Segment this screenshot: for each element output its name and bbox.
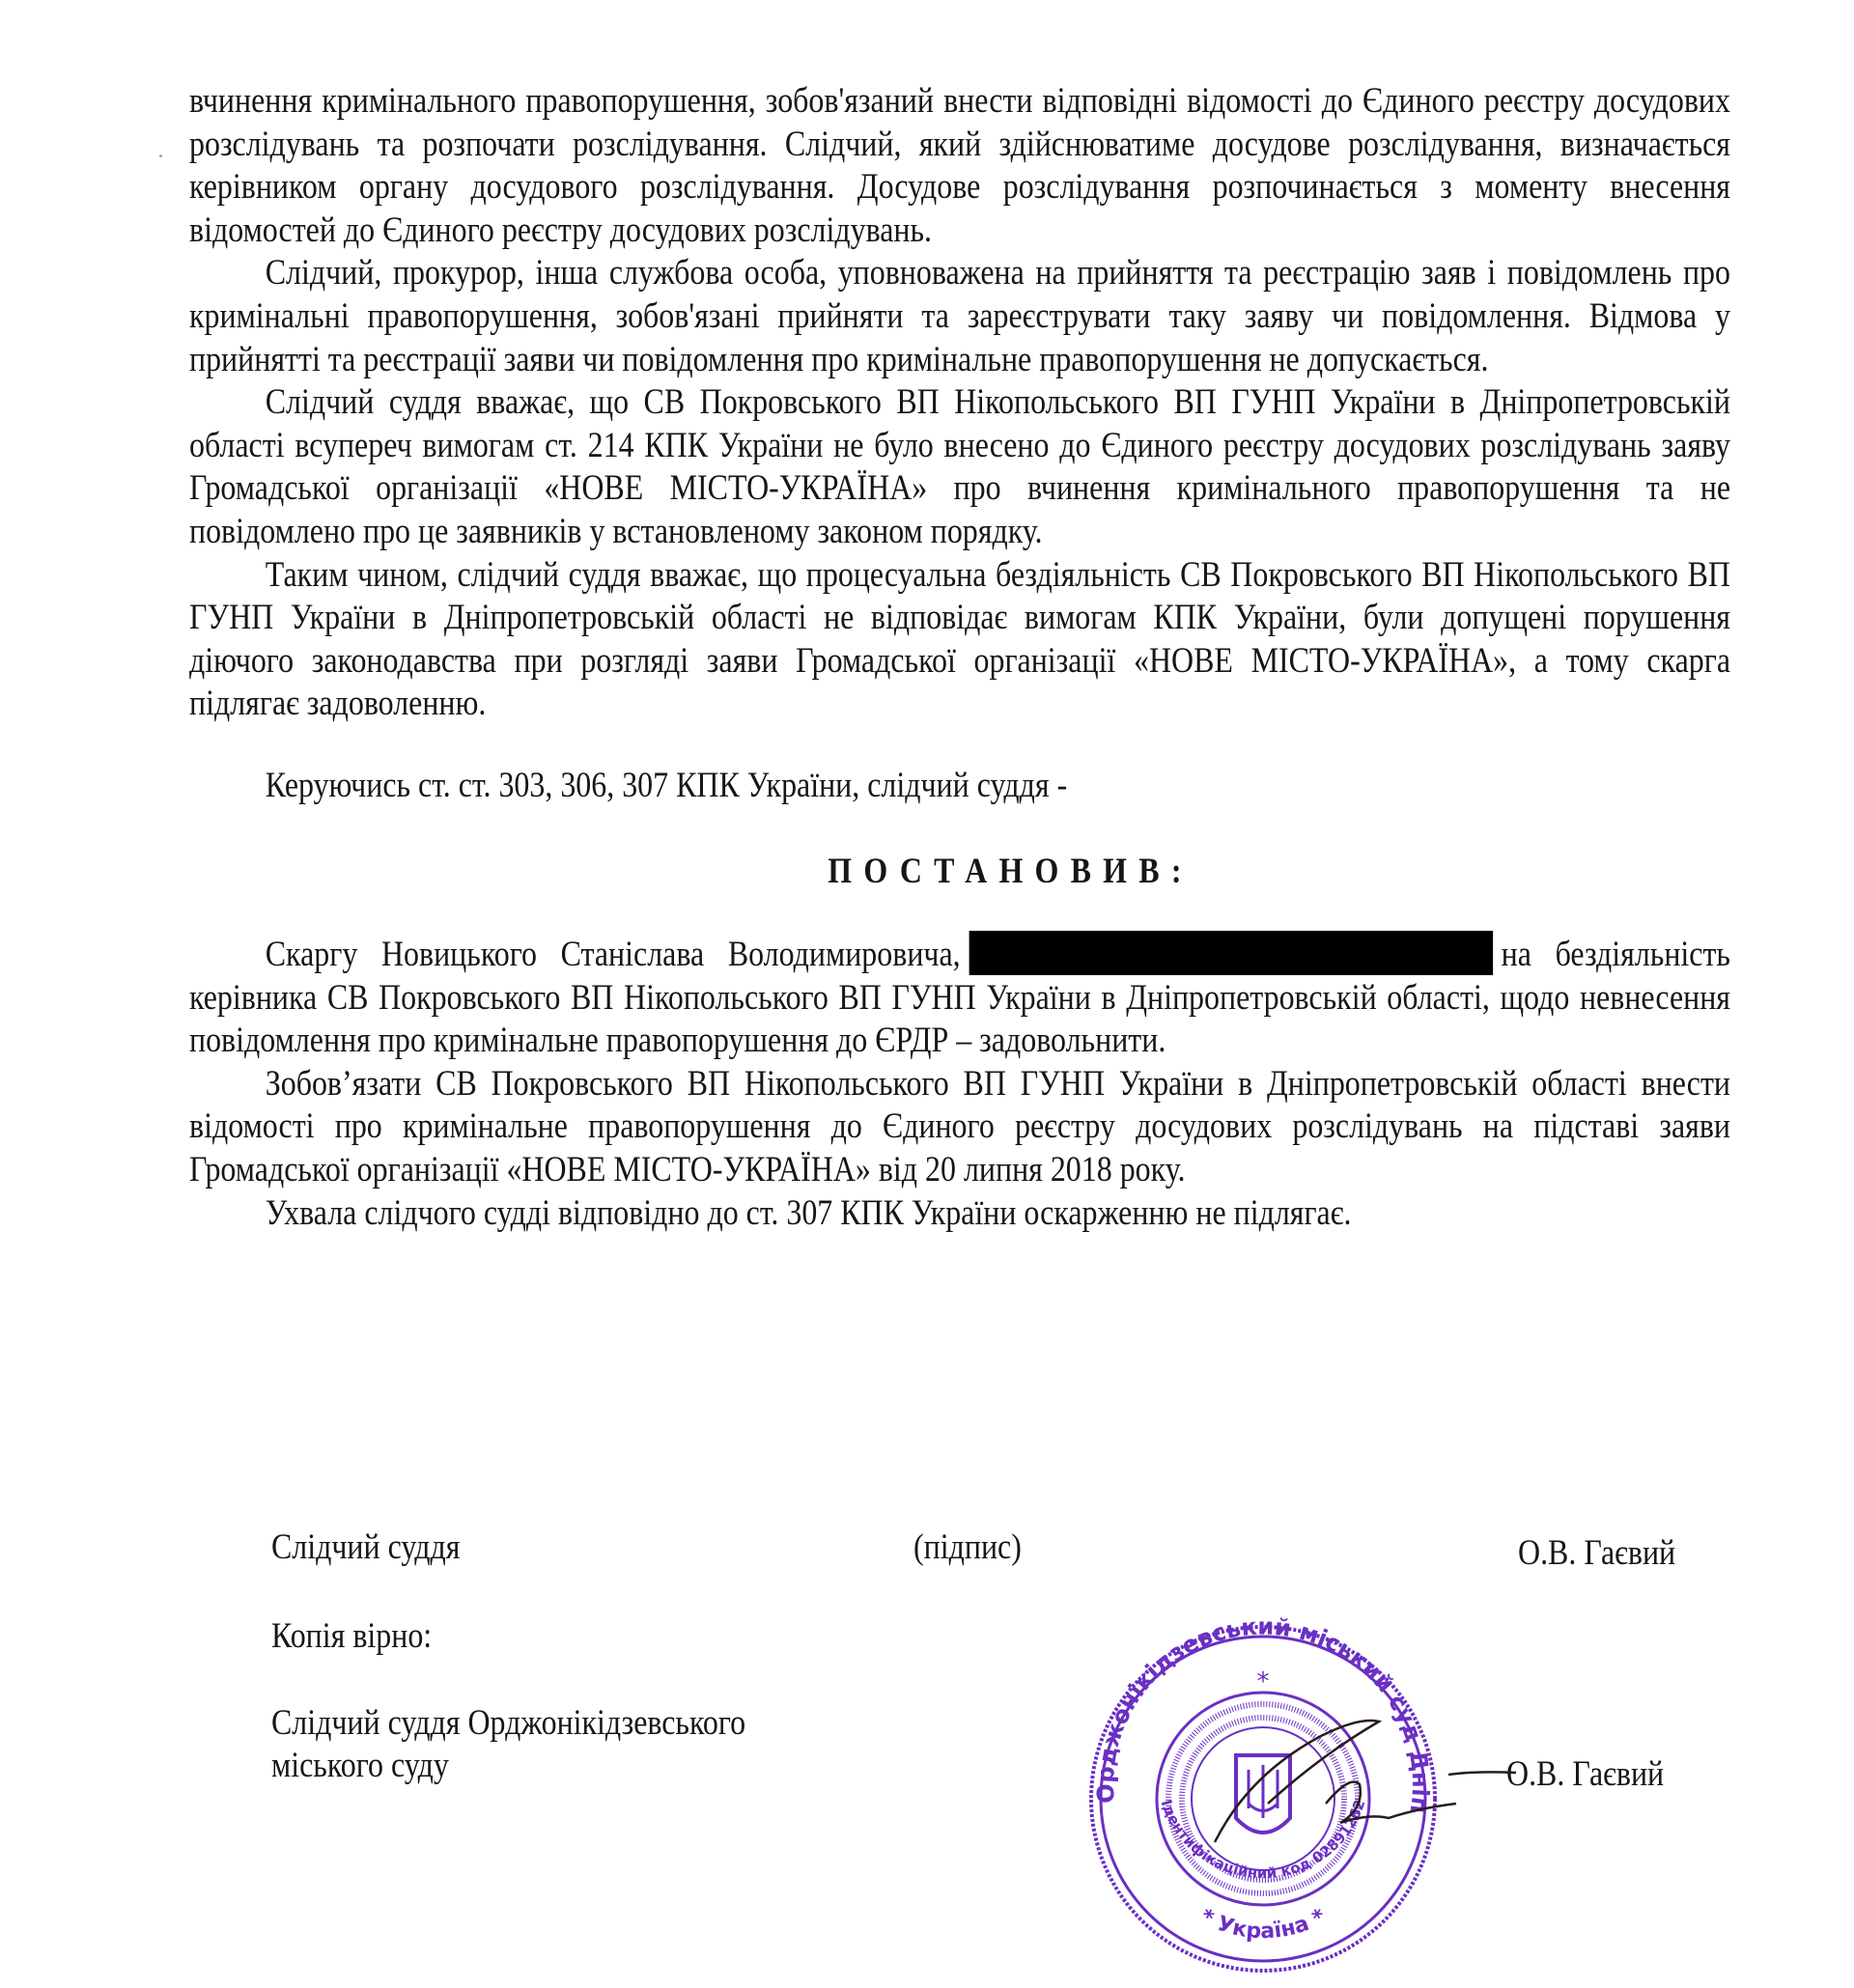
redaction-bar (969, 931, 1493, 975)
copy-name: О.В. Гаєвий (1506, 1752, 1664, 1795)
ruling-obligation: Зобов’язати СВ Покровського ВП Нікопольс… (189, 1062, 1730, 1191)
ruling-heading: ПОСТАНОВИВ: (189, 850, 1730, 893)
court-stamp: Орджонікідзевський міський суд Дніпропет… (1070, 1610, 1456, 1977)
document-body: вчинення кримінального правопорушення, з… (189, 79, 1538, 1234)
stamp-bottom-text: * Україна * (1196, 1904, 1330, 1944)
complaint-start: Скаргу Новицького Станіслава Володимиров… (266, 934, 961, 973)
svg-text:Орджонікідзевський міський суд: Орджонікідзевський міський суд Дніпропет… (1070, 1610, 1434, 1815)
signature-name: О.В. Гаєвий (1518, 1531, 1675, 1574)
signature-line (1448, 1767, 1516, 1786)
ruling-complaint: Скаргу Новицького Станіслава Володимиров… (189, 931, 1730, 1062)
signature-placeholder: (підпис) (913, 1526, 1022, 1568)
ruling-appeal: Ухвала слідчого судді відповідно до ст. … (189, 1191, 1730, 1235)
svg-text:* Україна *: * Україна * (1196, 1904, 1330, 1944)
paragraph-4: Таким чином, слідчий суддя вважає, що пр… (189, 553, 1730, 725)
coat-of-arms-icon (1236, 1755, 1290, 1833)
paragraph-1: вчинення кримінального правопорушення, з… (189, 79, 1730, 251)
signature-role: Слідчий суддя (271, 1526, 460, 1568)
scan-speck (159, 154, 162, 157)
paragraph-legal-basis: Керуючись ст. ст. 303, 306, 307 КПК Укра… (189, 764, 1730, 807)
copy-label: Копія вірно: (271, 1614, 432, 1657)
copy-role-line1: Слідчий суддя Орджонікідзевського (271, 1701, 745, 1744)
paragraph-3: Слідчий суддя вважає, що СВ Покровського… (189, 380, 1730, 552)
star-icon: * (1257, 1667, 1270, 1696)
copy-role-line2: міського суду (271, 1744, 449, 1786)
stamp-outer-text: Орджонікідзевський міський суд Дніпропет… (1070, 1610, 1434, 1815)
paragraph-2: Слідчий, прокурор, інша службова особа, … (189, 251, 1730, 380)
